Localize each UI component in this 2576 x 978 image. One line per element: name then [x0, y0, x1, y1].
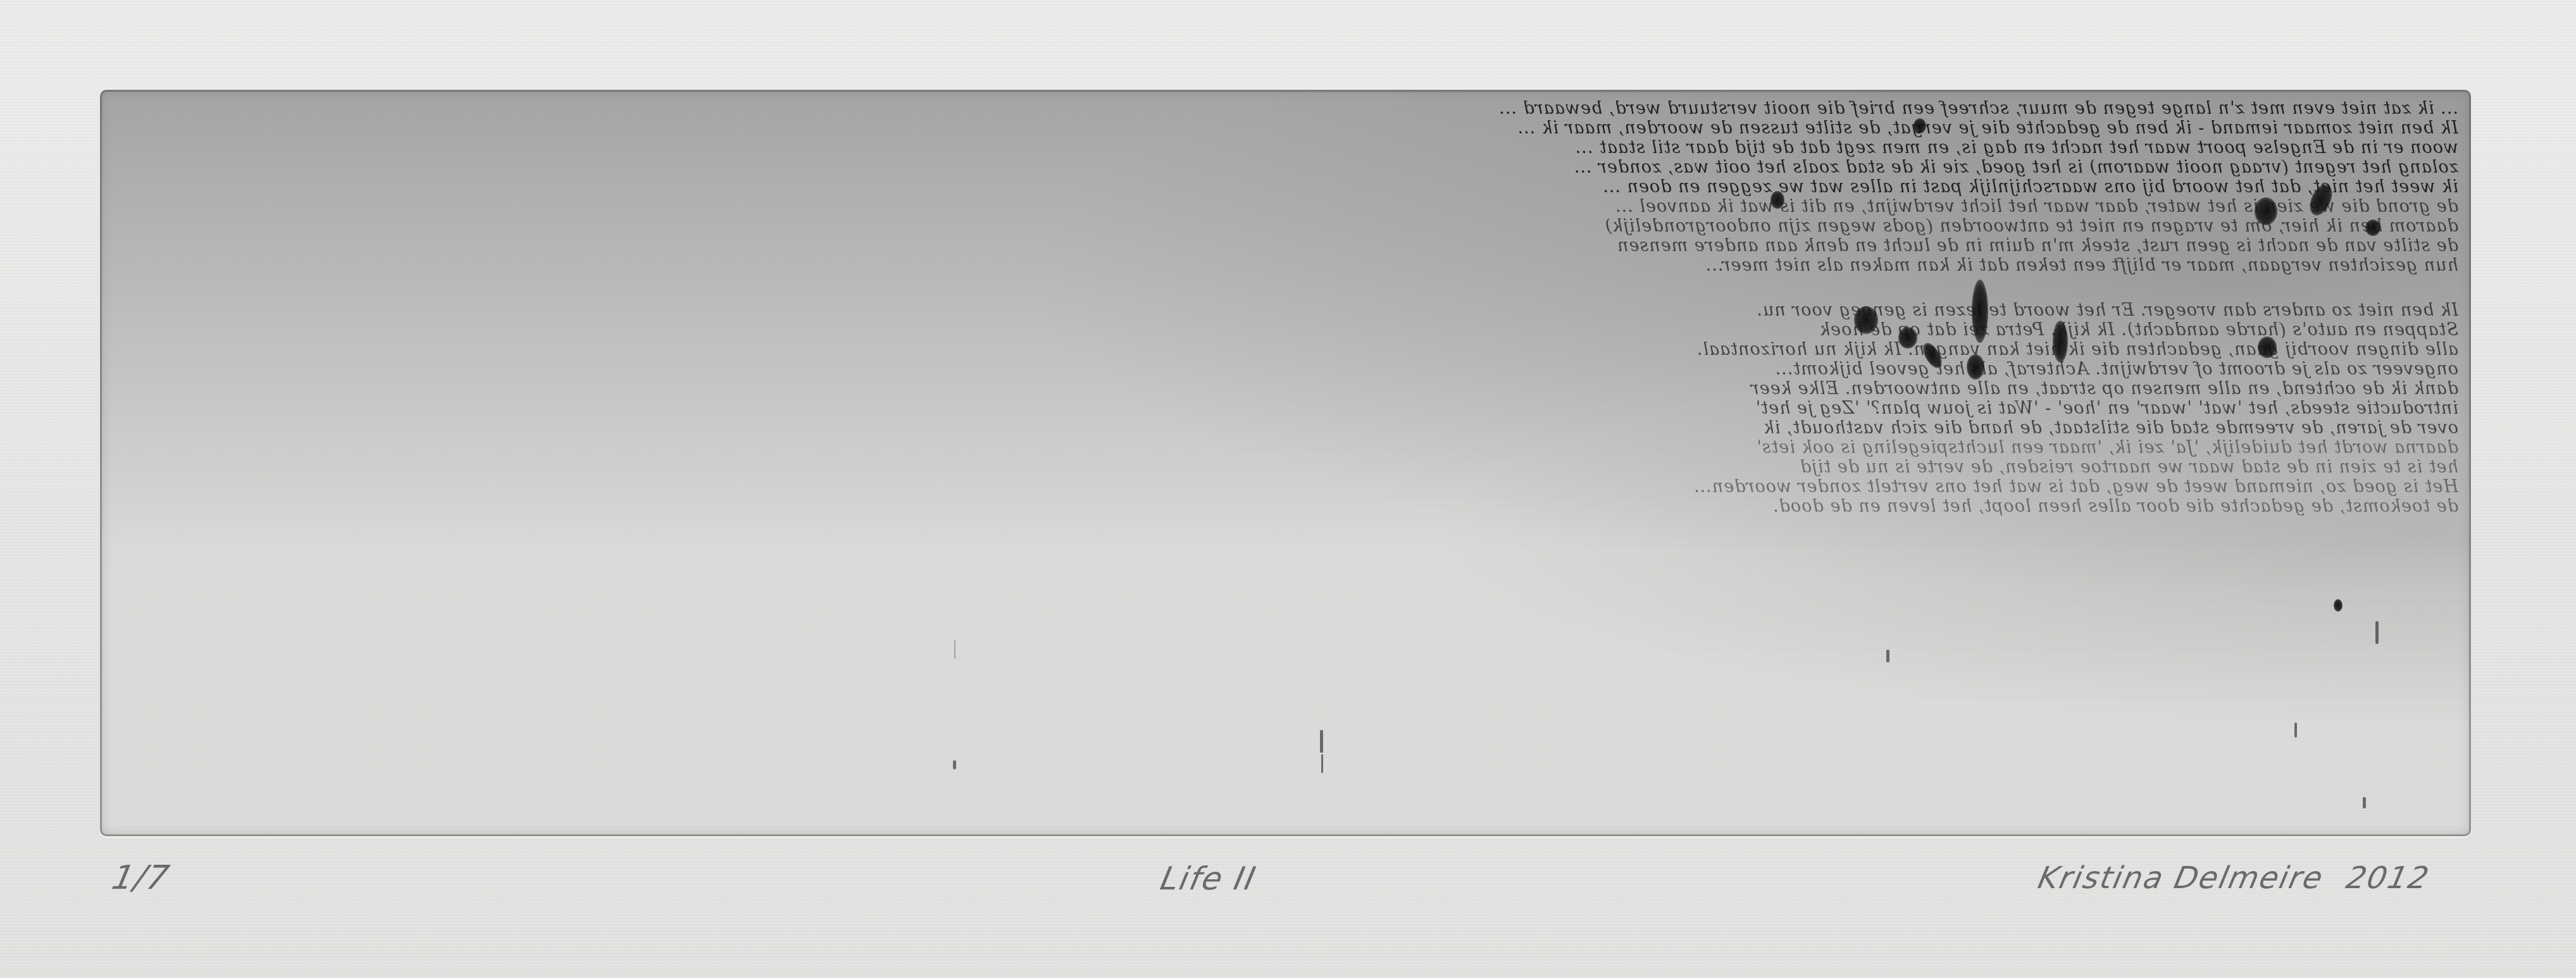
text-line: ... ik zat niet even met z'n lange tegen…: [113, 99, 2458, 118]
text-line: Stappen en auto's (harde aandacht). Ik k…: [113, 320, 2458, 340]
etched-plate: ... ik zat niet even met z'n lange tegen…: [100, 90, 2471, 836]
text-line: Ik ben niet zomaar iemand - ik ben de ge…: [113, 118, 2458, 138]
text-line: introductie steeds, het 'wat' 'waar' en …: [113, 399, 2458, 418]
plate-scratch: [1321, 754, 1323, 773]
text-line: Ik ben niet zo anders dan vroeger. Er he…: [113, 300, 2458, 320]
text-line: dank ik de ochtend, en alle mensen op st…: [113, 379, 2458, 399]
plate-scratch: [1886, 650, 1889, 662]
plate-scratch: [1320, 730, 1323, 753]
text-line: de toekomst, de gedachte die door alles …: [113, 497, 2458, 516]
ink-blot: [1913, 118, 1926, 133]
text-line: zolang het regent (vraag nooit waarom) i…: [113, 158, 2458, 177]
ink-blot: [1898, 327, 1917, 349]
text-line: ongeveer zo als je droomt of verdwijnt. …: [113, 359, 2458, 379]
plate-scratch: [2294, 722, 2297, 738]
text-line: de grond die we zien is het water, daar …: [113, 197, 2458, 216]
ink-blot: [2365, 220, 2380, 236]
ink-blot: [1967, 354, 1984, 380]
artist-signature: Kristina Delmeire 2012: [2035, 860, 2433, 896]
plate-scratch: [2363, 797, 2366, 808]
edition-number: 1/7: [109, 859, 173, 897]
text-line: daarom ben ik hier, om te vragen en niet…: [113, 216, 2458, 236]
artwork-year: 2012: [2343, 860, 2433, 896]
text-line: de stilte van de nacht is geen rust, ste…: [113, 236, 2458, 256]
text-line: het is te zien in de stad waar we naarto…: [113, 457, 2458, 477]
ink-blot: [2053, 321, 2068, 362]
ink-blot: [2255, 197, 2277, 225]
text-line: woon er in de Engelse poort waar het nac…: [113, 138, 2458, 158]
ink-blot: [1854, 306, 1878, 334]
artwork-title: Life II: [1157, 860, 1260, 897]
ink-blot: [1770, 191, 1784, 209]
ink-blot: [2258, 337, 2277, 358]
artist-name: Kristina Delmeire: [2035, 860, 2327, 896]
text-line: over de jaren, de vreemde stad die stils…: [113, 418, 2458, 438]
text-line: Het is goed zo, niemand weet de weg, dat…: [113, 477, 2458, 497]
plate-scratch: [953, 760, 956, 769]
mirrored-handwriting: ... ik zat niet even met z'n lange tegen…: [113, 99, 2458, 516]
text-line: ik weet het niet, dat het woord bij ons …: [113, 177, 2458, 197]
ink-blot: [2334, 599, 2343, 612]
text-line: daarna wordt het duidelijk, 'Ja' zei ik,…: [113, 438, 2458, 457]
text-line: alle dingen voorbij gaan, gedachten die …: [113, 340, 2458, 359]
plate-scratch: [2375, 621, 2379, 644]
plate-scratch: [954, 640, 955, 659]
text-line: hun gezichten vergaan, maar er blijft ee…: [113, 256, 2458, 275]
ink-blot: [1972, 280, 1988, 343]
